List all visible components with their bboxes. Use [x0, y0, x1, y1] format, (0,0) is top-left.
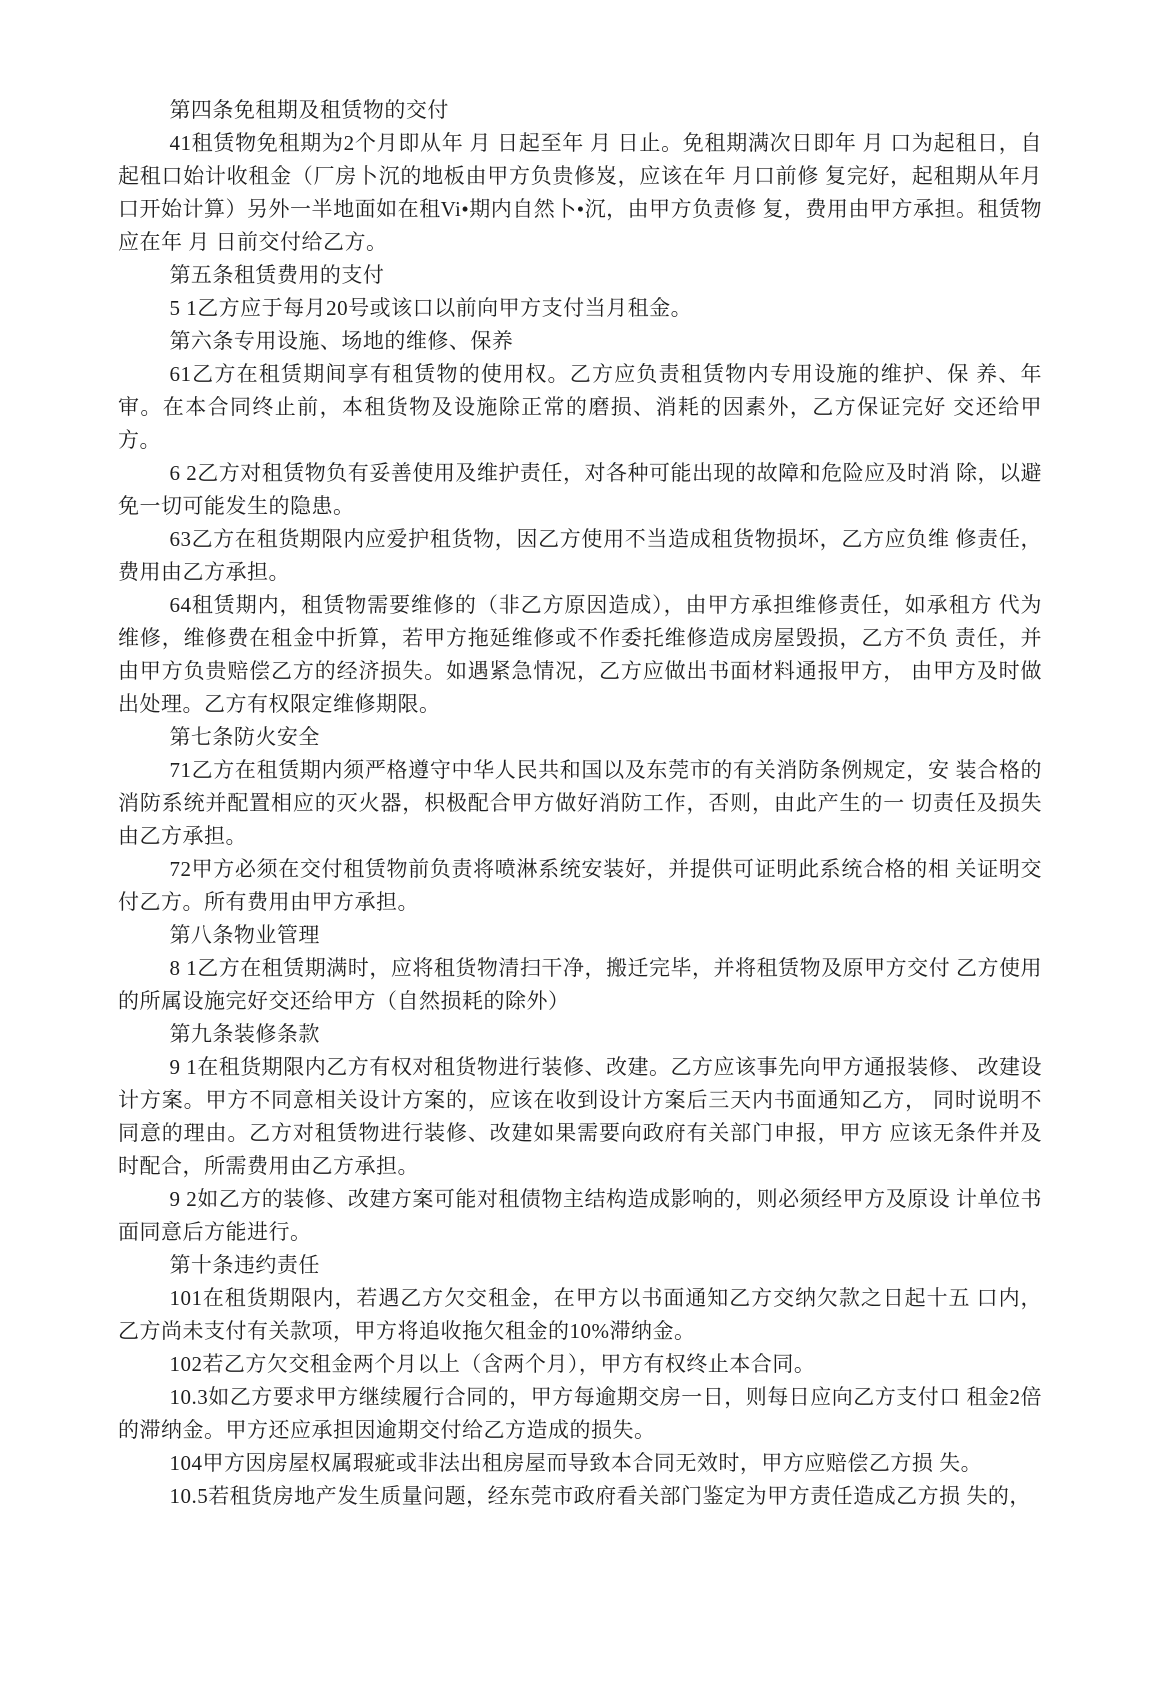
clause-10-5: 10.5若租货房地产发生质量问题，经东莞市政府看关部门鉴定为甲方责任造成乙方损 … — [118, 1480, 1042, 1513]
clause-10-4: 104甲方因房屋权属瑕疵或非法出租房屋而导致本合同无效时，甲方应赔偿乙方损 失。 — [118, 1447, 1042, 1480]
clause-6-3: 63乙方在租货期限内应爱护租货物，因乙方使用不当造成租货物损坏，乙方应负维 修责… — [118, 523, 1042, 589]
heading-article-7: 第七条防火安全 — [118, 721, 1042, 754]
clause-9-1: 9 1在租货期限内乙方有权对租货物进行装修、改建。乙方应该事先向甲方通报装修、 … — [118, 1051, 1042, 1183]
contract-page: 第四条免租期及租赁物的交付 41租赁物免租期为2个月即从年 月 日起至年 月 日… — [0, 0, 1156, 1707]
clause-6-1: 61乙方在租赁期间享有租赁物的使用权。乙方应负责租赁物内专用设施的维护、保 养、… — [118, 358, 1042, 457]
heading-article-6: 第六条专用设施、场地的维修、保养 — [118, 325, 1042, 358]
heading-article-5: 第五条租赁费用的支付 — [118, 259, 1042, 292]
clause-7-1: 71乙方在租赁期内须严格遵守中华人民共和国以及东莞市的有关消防条例规定，安 装合… — [118, 754, 1042, 853]
clause-10-1: 101在租货期限内，若遇乙方欠交租金，在甲方以书面通知乙方交纳欠款之日起十五 口… — [118, 1282, 1042, 1348]
heading-article-8: 第八条物业管理 — [118, 919, 1042, 952]
clause-10-3: 10.3如乙方要求甲方继续履行合同的，甲方每逾期交房一日，则每日应向乙方支付口 … — [118, 1381, 1042, 1447]
clause-9-2: 9 2如乙方的装修、改建方案可能对租债物主结构造成影响的，则必须经甲方及原设 计… — [118, 1183, 1042, 1249]
clause-10-2: 102若乙方欠交租金两个月以上（含两个月），甲方有权终止本合同。 — [118, 1348, 1042, 1381]
heading-article-4: 第四条免租期及租赁物的交付 — [118, 94, 1042, 127]
clause-8-1: 8 1乙方在租赁期满时，应将租货物清扫干净，搬迁完毕，并将租赁物及原甲方交付 乙… — [118, 952, 1042, 1018]
heading-article-10: 第十条违约责任 — [118, 1249, 1042, 1282]
heading-article-9: 第九条装修条款 — [118, 1018, 1042, 1051]
clause-5-1: 5 1乙方应于每月20号或该口以前向甲方支付当月租金。 — [118, 292, 1042, 325]
clause-6-2: 6 2乙方对租赁物负有妥善使用及维护责任，对各种可能出现的故障和危险应及时消 除… — [118, 457, 1042, 523]
clause-7-2: 72甲方必须在交付租赁物前负责将喷淋系统安装好，并提供可证明此系统合格的相 关证… — [118, 853, 1042, 919]
clause-6-4: 64租赁期内，租赁物需要维修的（非乙方原因造成），由甲方承担维修责任，如承租方 … — [118, 589, 1042, 721]
clause-4-1: 41租赁物免租期为2个月即从年 月 日起至年 月 日止。免租期满次日即年 月 口… — [118, 127, 1042, 259]
contract-text-body: 第四条免租期及租赁物的交付 41租赁物免租期为2个月即从年 月 日起至年 月 日… — [118, 94, 1042, 1513]
